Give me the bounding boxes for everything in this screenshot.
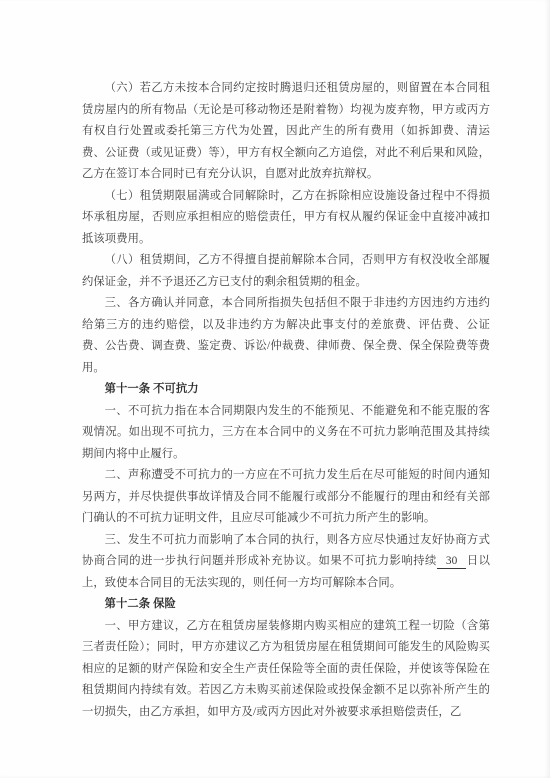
- clause-7-paragraph: （七）租赁期限届满或合同解除时，乙方在拆除相应设施设备过程中不得损坏承租房屋，否…: [82, 186, 490, 251]
- article-12-heading: 第十二条 保险: [82, 594, 490, 616]
- clause-6-paragraph: （六）若乙方未按本合同约定按时腾退归还租赁房屋的，则留置在本合同租赁房屋内的所有…: [82, 78, 490, 186]
- article-11-heading: 第十一条 不可抗力: [82, 379, 490, 401]
- document-page: （六）若乙方未按本合同约定按时腾退归还租赁房屋的，则留置在本合同租赁房屋内的所有…: [0, 0, 550, 778]
- force-majeure-item-3-paragraph: 三、发生不可抗力而影响了本合同的执行，则各方应尽快通过友好协商方式协商合同的进一…: [82, 530, 490, 595]
- force-majeure-item-2-paragraph: 二、声称遭受不可抗力的一方应在不可抗力发生后在尽可能短的时间内通知另两方，并尽快…: [82, 465, 490, 530]
- force-majeure-item-3-text-pre: 三、发生不可抗力而影响了本合同的执行，则各方应尽快通过友好协商方式协商合同的进一…: [82, 534, 490, 568]
- insurance-item-1-paragraph: 一、甲方建议，乙方在租赁房屋装修期内购买相应的建筑工程一切险（含第三者责任险）；…: [82, 616, 490, 724]
- contract-text-block: （六）若乙方未按本合同约定按时腾退归还租赁房屋的，则留置在本合同租赁房屋内的所有…: [82, 78, 490, 723]
- filled-blank-days: 30: [437, 554, 467, 569]
- losses-confirmation-paragraph: 三、各方确认并同意，本合同所指损失包括但不限于非违约方因违约方违约给第三方的违约…: [82, 293, 490, 379]
- clause-8-paragraph: （八）租赁期间，乙方不得擅自提前解除本合同，否则甲方有权没收全部履约保证金，并不…: [82, 250, 490, 293]
- force-majeure-item-1-paragraph: 一、不可抗力指在本合同期限内发生的不能预见、不能避免和不能克服的客观情况。如出现…: [82, 401, 490, 466]
